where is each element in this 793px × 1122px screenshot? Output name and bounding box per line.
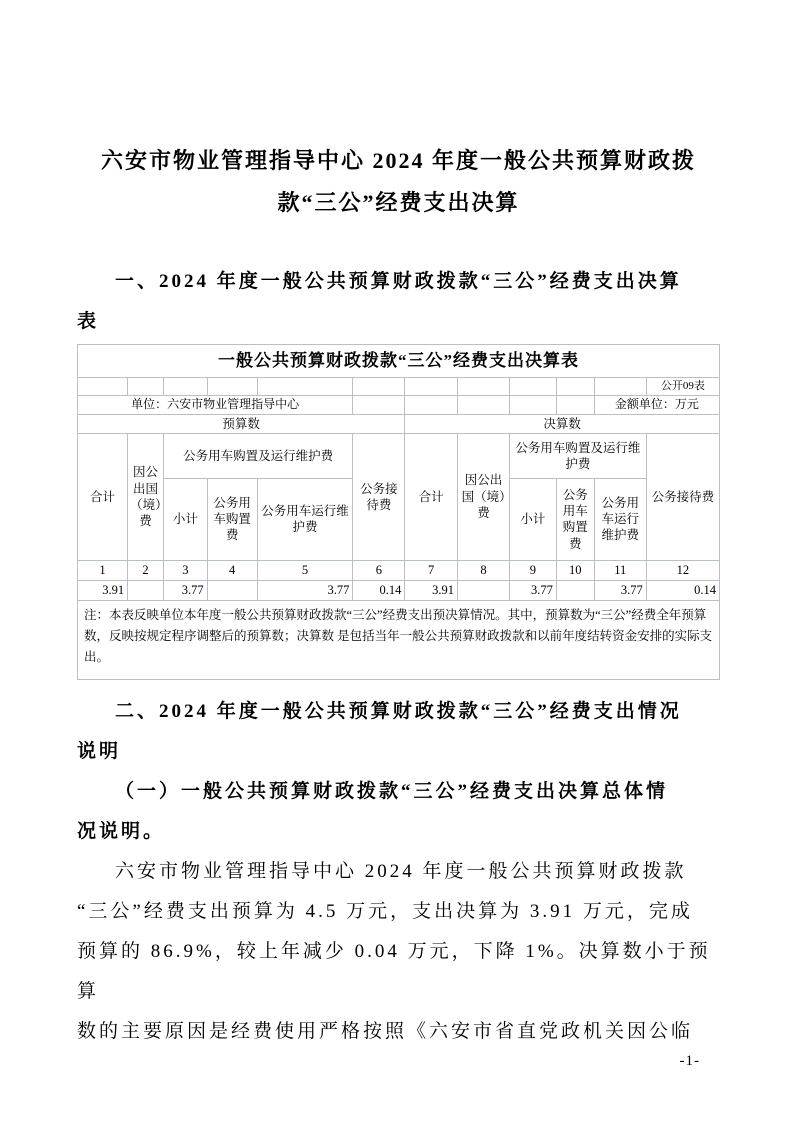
budget-reception-value: 0.14 [353,580,405,600]
final-operation-header: 公务用车运行维护费 [594,478,646,560]
column-header-row-1: 合计 因公出国（境）费 公务用车购置及运行维护费 公务接待费 合计 因公出国（境… [78,433,720,478]
final-operation-value: 3.77 [594,580,646,600]
final-reception-header: 公务接待费 [646,433,719,560]
unit-label: 单位：六安市物业管理指导中心 [78,396,353,415]
final-purchase-header: 公务用车购置费 [556,478,594,560]
budget-purchase-value [207,580,257,600]
document-page: 六安市物业管理指导中心 2024 年度一般公共预算财政拨 款“三公”经费支出决算… [0,0,793,1122]
page-number: -1- [77,1052,720,1070]
unit-row: 单位：六安市物业管理指导中心 金额单位：万元 [78,396,720,415]
final-group-header: 决算数 [405,414,720,433]
budget-operation-header: 公务用车运行维护费 [257,478,353,560]
budget-purchase-header: 公务用车购置费 [207,478,257,560]
budget-vehicle-group-header: 公务用车购置及运行维护费 [164,433,353,478]
form-code: 公开09表 [646,378,719,396]
value-row: 3.91 3.77 3.77 0.14 3.91 3.77 3.77 0.14 [78,580,720,600]
sangong-expense-table: 一般公共预算财政拨款“三公”经费支出决算表 公开09表 单位：六安市物业管理指导… [77,344,720,680]
section-2-1-heading: （一）一般公共预算财政拨款“三公”经费支出决算总体情 况说明。 [77,772,720,852]
final-purchase-value [556,580,594,600]
final-subtotal-header: 小计 [510,478,557,560]
final-reception-value: 0.14 [646,580,719,600]
final-total-header: 合计 [405,433,458,560]
document-title: 六安市物业管理指导中心 2024 年度一般公共预算财政拨 款“三公”经费支出决算 [77,140,720,224]
column-index-row: 1 2 3 4 5 6 7 8 9 10 11 12 [78,560,720,580]
budget-group-header: 预算数 [78,414,405,433]
budget-total-header: 合计 [78,433,128,560]
final-abroad-header: 因公出国（境）费 [458,433,510,560]
amount-unit-label: 金额单位：万元 [594,396,719,415]
budget-reception-header: 公务接待费 [353,433,405,560]
final-subtotal-value: 3.77 [510,580,557,600]
table-note: 注：本表反映单位本年度一般公共预算财政拨款“三公”经费支出预决算情况。其中，预算… [78,600,720,679]
section-2-heading: 二、2024 年度一般公共预算财政拨款“三公”经费支出情况 说明 [77,692,720,772]
section-1-heading: 一、2024 年度一般公共预算财政拨款“三公”经费支出决算 表 [77,262,720,342]
final-vehicle-group-header: 公务用车购置及运行维护费 [510,433,647,478]
section-2-1-paragraph: 六安市物业管理指导中心 2024 年度一般公共预算财政拨款 “三公”经费支出预算… [77,852,720,1052]
budget-subtotal-header: 小计 [164,478,208,560]
table-title: 一般公共预算财政拨款“三公”经费支出决算表 [78,345,720,378]
budget-total-value: 3.91 [78,580,128,600]
budget-subtotal-value: 3.77 [164,580,208,600]
budget-abroad-value [128,580,164,600]
form-code-row: 公开09表 [78,378,720,396]
budget-operation-value: 3.77 [257,580,353,600]
final-total-value: 3.91 [405,580,458,600]
budget-abroad-header: 因公出国（境）费 [128,433,164,560]
final-abroad-value [458,580,510,600]
group-header-row: 预算数 决算数 [78,414,720,433]
